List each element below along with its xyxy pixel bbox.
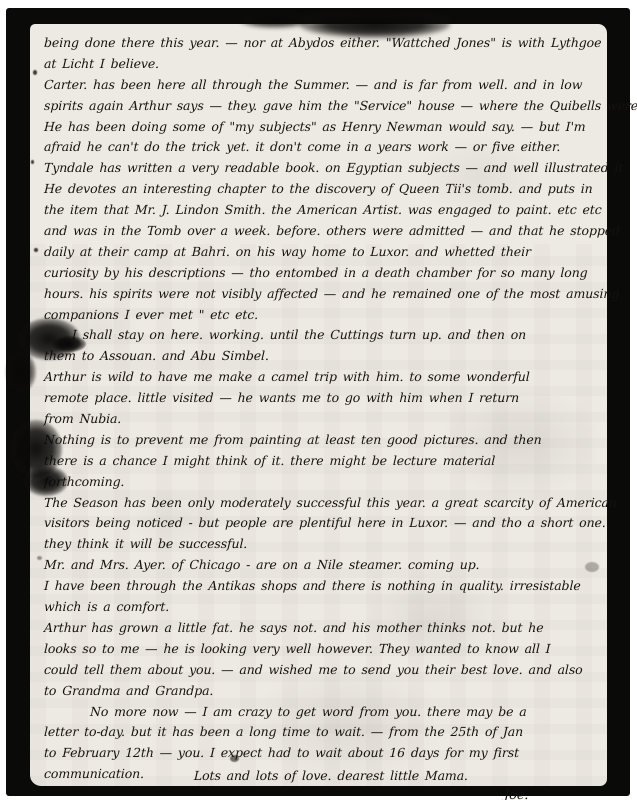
ink-speck	[230, 755, 239, 762]
letter-line: could tell them about you. — and wished …	[44, 660, 594, 681]
letter-line: forthcoming.	[44, 472, 594, 493]
letter-line: at Licht I believe.	[44, 54, 594, 75]
letter-line: No more now — I am crazy to get word fro…	[44, 702, 594, 723]
letter-line: to Grandma and Grandpa.	[44, 681, 594, 702]
letter-line: Arthur is wild to have me make a camel t…	[44, 367, 594, 388]
letter-line: Nothing is to prevent me from painting a…	[44, 430, 594, 451]
letter-line: Mr. and Mrs. Ayer. of Chicago - are on a…	[44, 555, 594, 576]
letter-line: they think it will be successful.	[44, 534, 594, 555]
letter-line: He devotes an interesting chapter to the…	[44, 179, 594, 200]
top-edge-smudge	[240, 14, 310, 28]
letter-line: visitors being noticed - but people are …	[44, 513, 594, 534]
letter-line: hours. his spirits were not visibly affe…	[44, 284, 594, 305]
letter-line: there is a chance I might think of it. t…	[44, 451, 594, 472]
letter-line: Carter. has been here all through the Su…	[44, 75, 594, 96]
closing-left-text: communication.	[44, 766, 144, 781]
signature-line: Joe.	[44, 785, 594, 800]
letter-line: letter to-day. but it has been a long ti…	[44, 722, 594, 743]
letter-line: curiosity by his descriptions — tho ento…	[44, 263, 594, 284]
ink-blot	[24, 466, 68, 496]
letter-line: looks so to me — he is looking very well…	[44, 639, 594, 660]
letter-line: to February 12th — you. I expect had to …	[44, 743, 594, 764]
ink-speck	[33, 70, 37, 75]
letter-line: Tyndale has written a very readable book…	[44, 158, 594, 179]
letter-line: from Nubia.	[44, 409, 594, 430]
letter-line: them to Assouan. and Abu Simbel.	[44, 346, 594, 367]
ink-blot	[52, 336, 86, 352]
letter-line: I shall stay on here. working. until the…	[44, 325, 594, 346]
top-edge-smudge	[300, 12, 450, 38]
letter-line: He has been doing some of "my subjects" …	[44, 117, 594, 138]
letter-line: companions I ever met " etc etc.	[44, 305, 594, 326]
letter-line: being done there this year. — nor at Aby…	[44, 33, 594, 54]
scanned-letter-photo: being done there this year. — nor at Aby…	[0, 0, 637, 800]
ink-speck	[585, 562, 599, 572]
ink-blot	[6, 352, 36, 392]
letter-line: which is a comfort.	[44, 597, 594, 618]
letter-line: remote place. little visited — he wants …	[44, 388, 594, 409]
letter-line: The Season has been only moderately succ…	[44, 493, 594, 514]
ink-speck	[34, 248, 38, 252]
letter-line: afraid he can't do the trick yet. it don…	[44, 137, 594, 158]
letter-line: spirits again Arthur says — they. gave h…	[44, 96, 594, 117]
letter-line: daily at their camp at Bahri. on his way…	[44, 242, 594, 263]
ink-speck	[37, 556, 42, 560]
letter-line: Arthur has grown a little fat. he says n…	[44, 618, 594, 639]
letter-line: I have been through the Antikas shops an…	[44, 576, 594, 597]
closing-line: communication. Lots and lots of love. de…	[44, 764, 594, 785]
letter-page: being done there this year. — nor at Aby…	[30, 24, 607, 786]
signature: Joe.	[504, 788, 529, 800]
letter-line: the item that Mr. J. Lindon Smith. the A…	[44, 200, 594, 221]
letter-body: being done there this year. — nor at Aby…	[44, 33, 593, 800]
letter-line: and was in the Tomb over a week. before.…	[44, 221, 594, 242]
ink-speck	[31, 160, 34, 164]
valediction: Lots and lots of love. dearest little Ma…	[194, 766, 469, 787]
